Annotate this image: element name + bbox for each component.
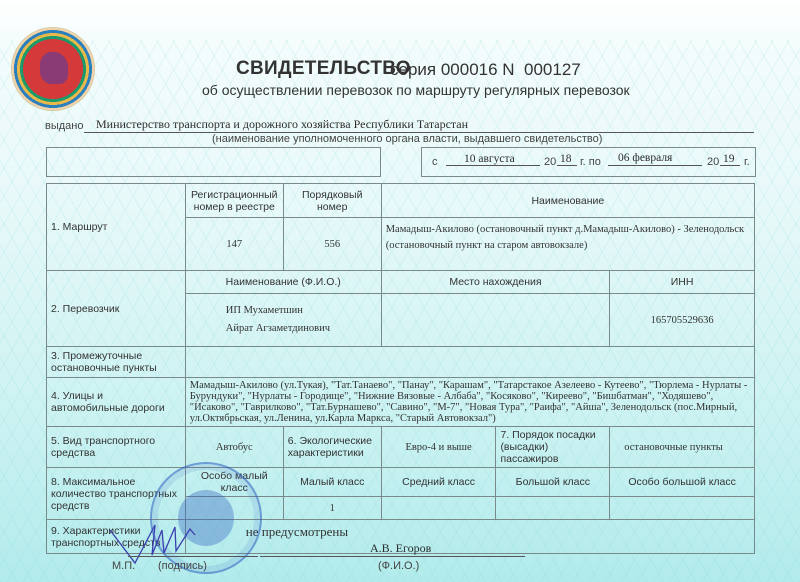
- from-year: 18: [560, 153, 572, 165]
- route-name-header: Наименование: [381, 184, 754, 218]
- to-date: 06 февраля: [618, 152, 672, 164]
- validity-period: с 10 августа 20 18 г. по 06 февраля 20 1…: [421, 147, 756, 177]
- holographic-emblem-icon: [12, 28, 94, 110]
- document-subtitle: об осуществлении перевозок по маршруту р…: [202, 82, 630, 98]
- boarding-value: остановочные пункты: [610, 427, 755, 468]
- to-year: 19: [723, 153, 735, 165]
- carrier-name-line2: Айрат Агзаметдинович: [226, 320, 377, 338]
- vehicle-row: 5. Вид транспортного средства Автобус 6.…: [47, 427, 755, 468]
- class-value: [496, 497, 610, 520]
- carrier-header-row: 2. Перевозчик Наименование (Ф.И.О.) Мест…: [47, 271, 755, 294]
- carrier-location-header: Место нахождения: [381, 271, 610, 294]
- reg-number-header: Регистрационный номер в реестре: [185, 184, 283, 218]
- fio-caption: (Ф.И.О.): [378, 560, 419, 572]
- signature-line: [128, 556, 258, 557]
- streets-label: 4. Улицы и автомобильные дороги: [47, 378, 186, 427]
- series-label: серия 000016 N: [390, 60, 515, 79]
- carrier-location: [381, 294, 610, 347]
- issued-label: выдано: [45, 120, 83, 132]
- boarding-label: 7. Порядок посадки (высадки) пассажиров: [496, 427, 610, 468]
- streets-row: 4. Улицы и автомобильные дороги Мамадыш-…: [47, 378, 755, 427]
- class-header: Большой класс: [496, 468, 610, 497]
- streets-value: Мамадыш-Акилово (ул.Тукая), "Тат.Танаево…: [185, 378, 754, 427]
- route-header-row: 1. Маршрут Регистрационный номер в реест…: [47, 184, 755, 218]
- class-value: [381, 497, 496, 520]
- issued-caption: (наименование уполномоченного органа вла…: [212, 133, 602, 145]
- class-value: 1: [283, 497, 381, 520]
- from-year-prefix: 20: [544, 156, 556, 168]
- order-number-header: Порядковый номер: [283, 184, 381, 218]
- suffix: г.: [744, 156, 750, 168]
- empty-box: [46, 147, 381, 177]
- eco-label: 6. Экологические характеристики: [283, 427, 381, 468]
- carrier-inn: 165705529636: [610, 294, 755, 347]
- characteristics-value: не предусмотрены: [185, 520, 754, 554]
- carrier-inn-header: ИНН: [610, 271, 755, 294]
- stops-value: [185, 347, 754, 378]
- seal-place-label: М.П.: [112, 560, 135, 572]
- from-prefix: с: [432, 156, 438, 168]
- to-year-prefix: 20: [707, 156, 719, 168]
- issued-by-value: Министерство транспорта и дорожного хозя…: [96, 117, 468, 132]
- fio-line: [260, 556, 525, 557]
- document-series: серия 000016 N 000127: [390, 60, 581, 80]
- class-value: [610, 497, 755, 520]
- order-number: 556: [283, 218, 381, 271]
- max-count-header-row: 8. Максимальное количество транспортных …: [47, 468, 755, 497]
- reg-number: 147: [185, 218, 283, 271]
- class-header: Особо большой класс: [610, 468, 755, 497]
- class-header: Средний класс: [381, 468, 496, 497]
- document-number: 000127: [524, 60, 581, 79]
- eco-value: Евро-4 и выше: [381, 427, 496, 468]
- signer-name: А.В. Егоров: [370, 541, 431, 556]
- signature-caption: (подпись): [158, 560, 207, 572]
- route-name: Мамадыш-Акилово (остановочный пункт д.Ма…: [381, 218, 754, 271]
- carrier-label: 2. Перевозчик: [47, 271, 186, 347]
- from-date: 10 августа: [464, 153, 515, 165]
- vehicle-type-label: 5. Вид транспортного средства: [47, 427, 186, 468]
- carrier-name: ИП Мухаметшин Айрат Агзаметдинович: [185, 294, 381, 347]
- stops-label: 3. Промежуточные остановочные пункты: [47, 347, 186, 378]
- carrier-name-line1: ИП Мухаметшин: [226, 302, 377, 320]
- document-title: СВИДЕТЕЛЬСТВО: [236, 58, 411, 80]
- to-prefix: г. по: [580, 156, 601, 168]
- route-label: 1. Маршрут: [47, 184, 186, 271]
- stops-row: 3. Промежуточные остановочные пункты: [47, 347, 755, 378]
- carrier-name-header: Наименование (Ф.И.О.): [185, 271, 381, 294]
- class-header: Малый класс: [283, 468, 381, 497]
